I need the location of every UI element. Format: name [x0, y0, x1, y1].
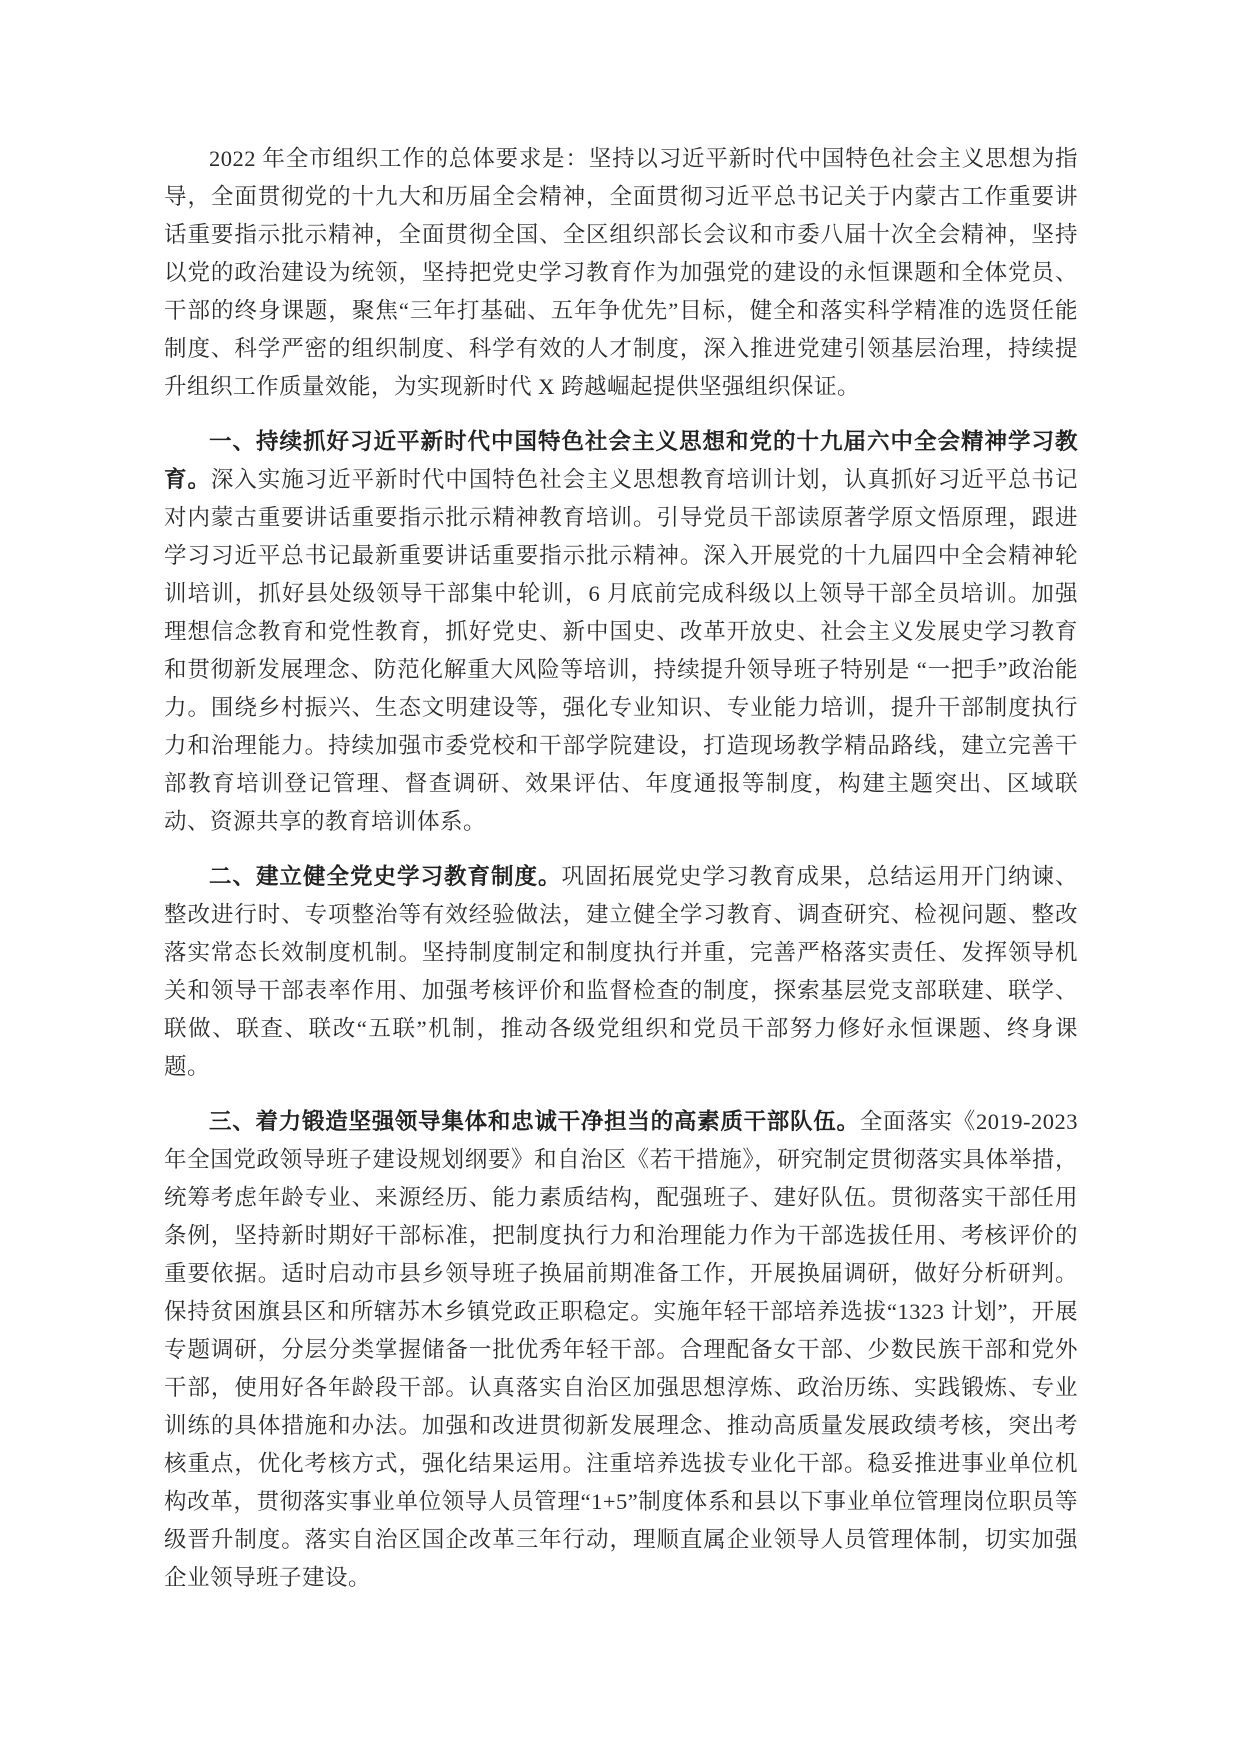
section-paragraph-1: 一、持续抓好习近平新时代中国特色社会主义思想和党的十九届六中全会精神学习教育。深… — [164, 423, 1078, 841]
paragraph-text: 全面落实《2019-2023 年全国党政领导班子建设规划纲要》和自治区《若干措施… — [164, 1109, 1078, 1590]
document-body: 2022 年全市组织工作的总体要求是：坚持以习近平新时代中国特色社会主义思想为指… — [164, 140, 1078, 1597]
section-heading-2: 二、建立健全党史学习教育制度。 — [209, 864, 562, 889]
paragraph-text: 深入实施习近平新时代中国特色社会主义思想教育培训计划，认真抓好习近平总书记对内蒙… — [164, 467, 1078, 834]
paragraph-intro: 2022 年全市组织工作的总体要求是：坚持以习近平新时代中国特色社会主义思想为指… — [164, 140, 1078, 406]
section-heading-3: 三、着力锻造坚强领导集体和忠诚干净担当的高素质干部队伍。 — [209, 1109, 860, 1134]
document-page: 2022 年全市组织工作的总体要求是：坚持以习近平新时代中国特色社会主义思想为指… — [0, 0, 1240, 1754]
section-paragraph-2: 二、建立健全党史学习教育制度。巩固拓展党史学习教育成果，总结运用开门纳谏、整改进… — [164, 858, 1078, 1086]
paragraph-text: 2022 年全市组织工作的总体要求是：坚持以习近平新时代中国特色社会主义思想为指… — [164, 146, 1078, 399]
section-paragraph-3: 三、着力锻造坚强领导集体和忠诚干净担当的高素质干部队伍。全面落实《2019-20… — [164, 1103, 1078, 1597]
paragraph-text: 巩固拓展党史学习教育成果，总结运用开门纳谏、整改进行时、专项整治等有效经验做法，… — [164, 864, 1078, 1079]
